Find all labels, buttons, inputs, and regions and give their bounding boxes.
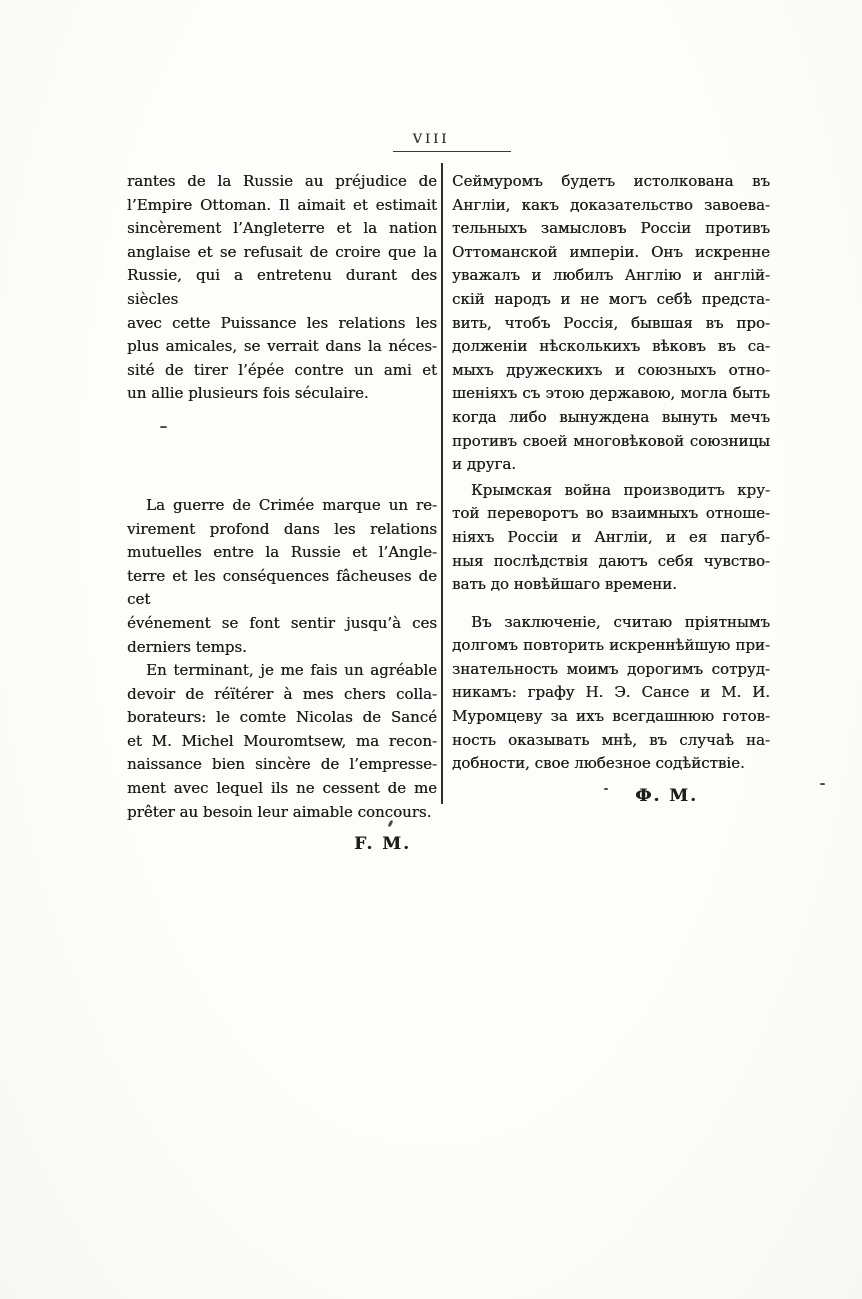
text-line: sincèrement l’Angleterre et la nation <box>127 217 437 241</box>
text-line: ment avec lequel ils ne cessent de me <box>127 777 437 801</box>
scan-artifact <box>820 783 825 785</box>
text-line: тельныхъ замысловъ Россіи противъ <box>452 217 770 241</box>
text-line: devoir de réïtérer à mes chers colla- <box>127 683 437 707</box>
text-line: rantes de la Russie au préjudice de <box>127 170 437 194</box>
text-line: Оттоманской имперіи. Онъ искренне <box>452 241 770 265</box>
text-line: добности, свое любезное содѣйствіе. <box>452 752 770 776</box>
french-paragraph-1: rantes de la Russie au préjudice del’Emp… <box>127 170 437 406</box>
text-line: ныя послѣдствія даютъ себя чувство- <box>452 550 770 574</box>
russian-text-column: Сеймуромъ будетъ истолкована въАнгліи, к… <box>452 170 770 808</box>
text-line: Сеймуромъ будетъ истолкована въ <box>452 170 770 194</box>
signature-initials-latin: F. M. <box>127 833 437 857</box>
text-line: l’Empire Ottoman. Il aimait et estimait <box>127 194 437 218</box>
text-line: шеніяхъ съ этою державою, могла быть <box>452 382 770 406</box>
text-line: когда либо вынуждена вынуть мечъ <box>452 406 770 430</box>
text-line: Крымская война производитъ кру- <box>452 479 770 503</box>
running-head: VIII <box>0 128 862 147</box>
text-line: plus amicales, se verrait dans la néces- <box>127 335 437 359</box>
text-line: avec cette Puissance les relations les <box>127 312 437 336</box>
header-rule <box>393 151 511 152</box>
text-line: мыхъ дружескихъ и союзныхъ отно- <box>452 359 770 383</box>
french-paragraph-2: La guerre de Crimée marque un re-viremen… <box>127 494 437 659</box>
text-line: un allie plusieurs fois séculaire. <box>127 382 437 406</box>
text-line: той переворотъ во взаимныхъ отноше- <box>452 502 770 526</box>
text-line: вить, чтобъ Россія, бывшая въ про- <box>452 312 770 336</box>
scan-artifact <box>604 788 608 790</box>
russian-paragraph-2: Крымская война производитъ кру-той перев… <box>452 479 770 597</box>
text-line: événement se font sentir jusqu’à ces <box>127 612 437 636</box>
text-line: знательность моимъ дорогимъ сотруд- <box>452 658 770 682</box>
text-line: Въ заключеніе, считаю пріятнымъ <box>452 611 770 635</box>
text-line: Муромцеву за ихъ всегдашнюю готов- <box>452 705 770 729</box>
text-line: et M. Michel Mouromtsew, ma recon- <box>127 730 437 754</box>
text-line: borateurs: le comte Nicolas de Sancé <box>127 706 437 730</box>
text-line: никамъ: графу Н. Э. Сансе и М. И. <box>452 681 770 705</box>
text-line: ность оказывать мнѣ, въ случаѣ на- <box>452 729 770 753</box>
text-line: вать до новѣйшаго времени. <box>452 573 770 597</box>
russian-paragraph-1: Сеймуромъ будетъ истолкована въАнгліи, к… <box>452 170 770 477</box>
book-page: VIII rantes de la Russie au préjudice de… <box>0 0 862 1299</box>
signature-initials-cyrillic: Ф. М. <box>452 785 770 809</box>
text-line: уважалъ и любилъ Англію и англій- <box>452 264 770 288</box>
text-line: La guerre de Crimée marque un re- <box>127 494 437 518</box>
russian-paragraph-3: Въ заключеніе, считаю пріятнымъдолгомъ п… <box>452 611 770 776</box>
text-line: и друга. <box>452 453 770 477</box>
text-line: anglaise et se refusait de croire que la <box>127 241 437 265</box>
text-line: противъ своей многовѣковой союзницы <box>452 430 770 454</box>
scan-artifact <box>160 426 167 428</box>
page-number: VIII <box>413 132 450 147</box>
text-line: derniers temps. <box>127 636 437 660</box>
french-paragraph-3: En terminant, je me fais un agréabledevo… <box>127 659 437 824</box>
text-line: скій народъ и не могъ себѣ предста- <box>452 288 770 312</box>
text-line: virement profond dans les relations <box>127 518 437 542</box>
text-line: долгомъ повторить искреннѣйшую при- <box>452 634 770 658</box>
text-line: naissance bien sincère de l’empresse- <box>127 753 437 777</box>
french-text-column: rantes de la Russie au préjudice del’Emp… <box>127 170 437 857</box>
text-line: mutuelles entre la Russie et l’Angle- <box>127 541 437 565</box>
column-divider <box>441 163 443 804</box>
text-line: sité de tirer l’épée contre un ami et <box>127 359 437 383</box>
text-line: Англіи, какъ доказательство завоева- <box>452 194 770 218</box>
text-line: terre et les conséquences fâcheuses de c… <box>127 565 437 612</box>
text-line: En terminant, je me fais un agréable <box>127 659 437 683</box>
text-line: Russie, qui a entretenu durant des siècl… <box>127 264 437 311</box>
text-line: ніяхъ Россіи и Англіи, и ея пагуб- <box>452 526 770 550</box>
text-line: долженіи нѣсколькихъ вѣковъ въ са- <box>452 335 770 359</box>
